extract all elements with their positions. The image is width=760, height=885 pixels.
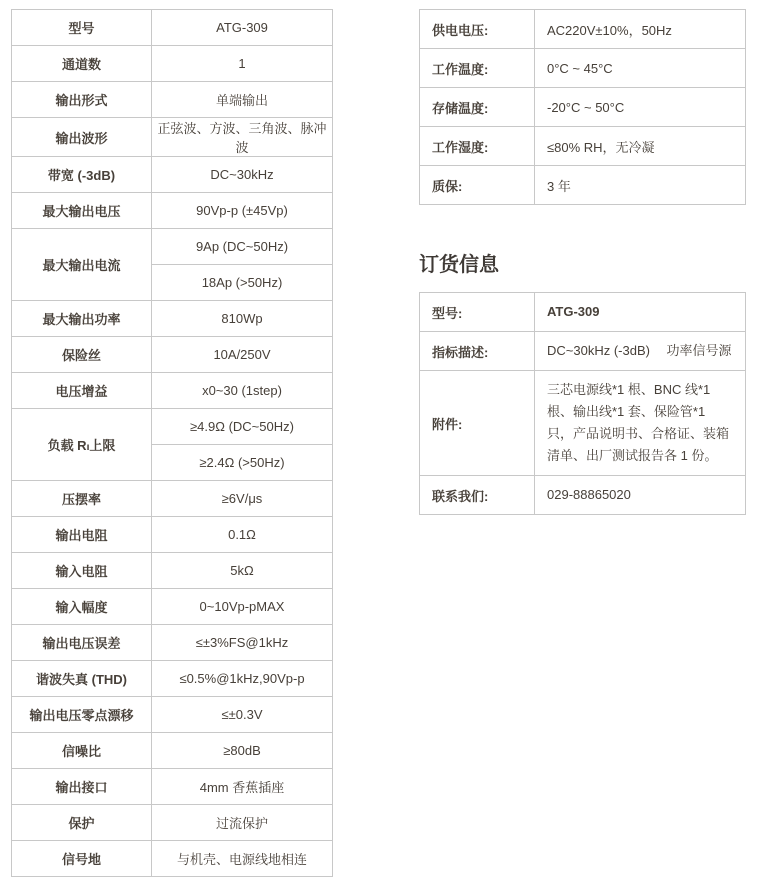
spec-value: 18Ap (>50Hz) xyxy=(152,265,333,301)
table-row: 压摆率 ≥6V/μs xyxy=(12,481,333,517)
spec-value: ATG-309 xyxy=(152,10,333,46)
spec-label: 电压增益 xyxy=(12,373,152,409)
env-label: 工作温度: xyxy=(420,49,535,88)
table-row: 谐波失真 (THD) ≤0.5%@1kHz,90Vp-p xyxy=(12,661,333,697)
spec-value: 1 xyxy=(152,46,333,82)
spec-value: ≤0.5%@1kHz,90Vp-p xyxy=(152,661,333,697)
spec-value: DC~30kHz xyxy=(152,157,333,193)
table-row: 负载 Rₗ上限 ≥4.9Ω (DC~50Hz) xyxy=(12,409,333,445)
env-label: 存储温度: xyxy=(420,88,535,127)
table-row: 型号: ATG-309 xyxy=(420,293,746,332)
order-label: 指标描述: xyxy=(420,332,535,371)
table-row: 供电电压: AC220V±10%，50Hz xyxy=(420,10,746,49)
table-row: 保护 过流保护 xyxy=(12,805,333,841)
spec-value: 0.1Ω xyxy=(152,517,333,553)
table-row: 附件: 三芯电源线*1 根、BNC 线*1 根、输出线*1 套、保险管*1 只，… xyxy=(420,371,746,476)
spec-label: 最大输出电压 xyxy=(12,193,152,229)
spec-value: x0~30 (1step) xyxy=(152,373,333,409)
order-value: 029-88865020 xyxy=(535,476,746,515)
spec-label: 最大输出电流 xyxy=(12,229,152,301)
table-row: 输出电阻 0.1Ω xyxy=(12,517,333,553)
datasheet-page: 型号 ATG-309 通道数 1 输出形式 单端输出 输出波形 正弦波、方波、三… xyxy=(0,0,760,885)
spec-label: 信号地 xyxy=(12,841,152,877)
spec-label: 输入电阻 xyxy=(12,553,152,589)
order-table: 型号: ATG-309 指标描述: DC~30kHz (-3dB) 功率信号源 … xyxy=(419,292,746,515)
spec-label: 负载 Rₗ上限 xyxy=(12,409,152,481)
spec-value: 与机壳、电源线地相连 xyxy=(152,841,333,877)
env-value: 3 年 xyxy=(535,166,746,205)
table-row: 电压增益 x0~30 (1step) xyxy=(12,373,333,409)
spec-value: 90Vp-p (±45Vp) xyxy=(152,193,333,229)
table-row: 输出波形 正弦波、方波、三角波、脉冲波 xyxy=(12,118,333,157)
spec-value: 10A/250V xyxy=(152,337,333,373)
spec-table: 型号 ATG-309 通道数 1 输出形式 单端输出 输出波形 正弦波、方波、三… xyxy=(11,9,333,877)
spec-label: 压摆率 xyxy=(12,481,152,517)
spec-value: ≤±0.3V xyxy=(152,697,333,733)
table-row: 输入幅度 0~10Vp-pMAX xyxy=(12,589,333,625)
spec-value: 正弦波、方波、三角波、脉冲波 xyxy=(152,118,333,157)
spec-value: 5kΩ xyxy=(152,553,333,589)
table-row: 输出电压误差 ≤±3%FS@1kHz xyxy=(12,625,333,661)
table-row: 最大输出电压 90Vp-p (±45Vp) xyxy=(12,193,333,229)
spec-label: 通道数 xyxy=(12,46,152,82)
table-row: 指标描述: DC~30kHz (-3dB) 功率信号源 xyxy=(420,332,746,371)
spec-value: ≥6V/μs xyxy=(152,481,333,517)
table-row: 工作温度: 0°C ~ 45°C xyxy=(420,49,746,88)
spec-label: 型号 xyxy=(12,10,152,46)
spec-label: 输出电阻 xyxy=(12,517,152,553)
table-row: 输出电压零点漂移 ≤±0.3V xyxy=(12,697,333,733)
table-row: 信噪比 ≥80dB xyxy=(12,733,333,769)
spec-value: ≤±3%FS@1kHz xyxy=(152,625,333,661)
spec-value: 810Wp xyxy=(152,301,333,337)
env-value: 0°C ~ 45°C xyxy=(535,49,746,88)
table-row: 型号 ATG-309 xyxy=(12,10,333,46)
order-label: 附件: xyxy=(420,371,535,476)
order-label: 型号: xyxy=(420,293,535,332)
table-row: 联系我们: 029-88865020 xyxy=(420,476,746,515)
spec-value: 过流保护 xyxy=(152,805,333,841)
table-row: 信号地 与机壳、电源线地相连 xyxy=(12,841,333,877)
order-label: 联系我们: xyxy=(420,476,535,515)
table-row: 存储温度: -20°C ~ 50°C xyxy=(420,88,746,127)
order-value: 三芯电源线*1 根、BNC 线*1 根、输出线*1 套、保险管*1 只，产品说明… xyxy=(535,371,746,476)
spec-value: 0~10Vp-pMAX xyxy=(152,589,333,625)
table-row: 通道数 1 xyxy=(12,46,333,82)
table-row: 最大输出功率 810Wp xyxy=(12,301,333,337)
env-table: 供电电压: AC220V±10%，50Hz 工作温度: 0°C ~ 45°C 存… xyxy=(419,9,746,205)
spec-value: ≥80dB xyxy=(152,733,333,769)
table-row: 输入电阻 5kΩ xyxy=(12,553,333,589)
spec-label: 保护 xyxy=(12,805,152,841)
table-row: 输出形式 单端输出 xyxy=(12,82,333,118)
table-row: 输出接口 4mm 香蕉插座 xyxy=(12,769,333,805)
spec-label: 保险丝 xyxy=(12,337,152,373)
env-label: 供电电压: xyxy=(420,10,535,49)
order-value-model: ATG-309 xyxy=(535,293,746,332)
table-row: 质保: 3 年 xyxy=(420,166,746,205)
table-row: 工作湿度: ≤80% RH，无冷凝 xyxy=(420,127,746,166)
spec-label: 带宽 (-3dB) xyxy=(12,157,152,193)
table-row: 最大输出电流 9Ap (DC~50Hz) xyxy=(12,229,333,265)
table-row: 保险丝 10A/250V xyxy=(12,337,333,373)
env-label: 工作湿度: xyxy=(420,127,535,166)
env-value: ≤80% RH，无冷凝 xyxy=(535,127,746,166)
table-row: 带宽 (-3dB) DC~30kHz xyxy=(12,157,333,193)
spec-value: 4mm 香蕉插座 xyxy=(152,769,333,805)
spec-label: 输入幅度 xyxy=(12,589,152,625)
spec-label: 输出电压误差 xyxy=(12,625,152,661)
right-column: 供电电压: AC220V±10%，50Hz 工作温度: 0°C ~ 45°C 存… xyxy=(419,9,746,515)
spec-value: 单端输出 xyxy=(152,82,333,118)
spec-label: 输出波形 xyxy=(12,118,152,157)
spec-value: 9Ap (DC~50Hz) xyxy=(152,229,333,265)
spec-label: 信噪比 xyxy=(12,733,152,769)
spec-value: ≥4.9Ω (DC~50Hz) xyxy=(152,409,333,445)
spec-label: 最大输出功率 xyxy=(12,301,152,337)
env-label: 质保: xyxy=(420,166,535,205)
spec-label: 输出形式 xyxy=(12,82,152,118)
env-value: -20°C ~ 50°C xyxy=(535,88,746,127)
order-value: DC~30kHz (-3dB) 功率信号源 xyxy=(535,332,746,371)
spec-label: 输出接口 xyxy=(12,769,152,805)
env-value: AC220V±10%，50Hz xyxy=(535,10,746,49)
spec-label: 谐波失真 (THD) xyxy=(12,661,152,697)
order-info-heading: 订货信息 xyxy=(419,252,746,279)
spec-label: 输出电压零点漂移 xyxy=(12,697,152,733)
spec-value: ≥2.4Ω (>50Hz) xyxy=(152,445,333,481)
